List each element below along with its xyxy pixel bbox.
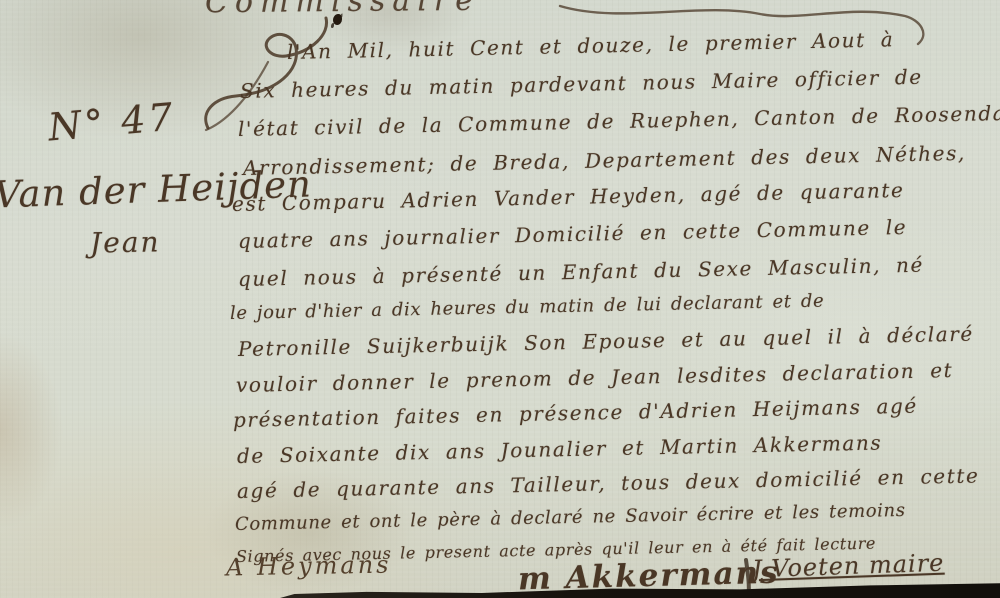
handwritten-line-3: l'état civil de la Commune de Ruephen, C…	[238, 100, 1000, 141]
scanned-birth-record-page: Commissaire N° 47 Van der Heijden Jean l…	[0, 0, 1000, 598]
handwritten-line-12: de Soixante dix ans Jounalier et Martin …	[237, 430, 883, 468]
handwritten-line-2: Six heures du matin pardevant nous Maire…	[240, 65, 923, 103]
handwritten-line-11: présentation faites en présence d'Adrien…	[233, 394, 918, 432]
signature-witness-heymans: A Heymans	[226, 551, 392, 582]
handwritten-line-1: l'An Mil, huit Cent et douze, le premier…	[287, 27, 895, 64]
handwritten-line-5: est Comparu Adrien Vander Heyden, agé de…	[232, 178, 905, 216]
handwritten-line-4: Arrondissement; de Breda, Departement de…	[243, 141, 966, 180]
handwritten-line-7: quel nous à présenté un Enfant du Sexe M…	[238, 253, 924, 291]
margin-given-name: Jean	[90, 225, 161, 259]
signature-mayor-voeten: J Voeten maire	[752, 549, 945, 584]
handwritten-line-10: vouloir donner le prenom de Jean lesdite…	[236, 358, 954, 397]
handwritten-line-14: Commune et ont le père à declaré ne Savo…	[235, 500, 906, 535]
ink-blot	[333, 14, 342, 25]
act-number: N° 47	[46, 95, 177, 150]
handwritten-line-6: quatre ans journalier Domicilié en cette…	[238, 215, 908, 253]
cropped-previous-entry-text: Commissaire	[205, 0, 480, 20]
handwritten-line-8: le jour d'hier a dix heures du matin de …	[230, 291, 825, 324]
handwritten-line-9: Petronille Suijkerbuijk Son Epouse et au…	[238, 322, 974, 361]
handwritten-line-13: agé de quarante ans Tailleur, tous deux …	[237, 463, 980, 503]
